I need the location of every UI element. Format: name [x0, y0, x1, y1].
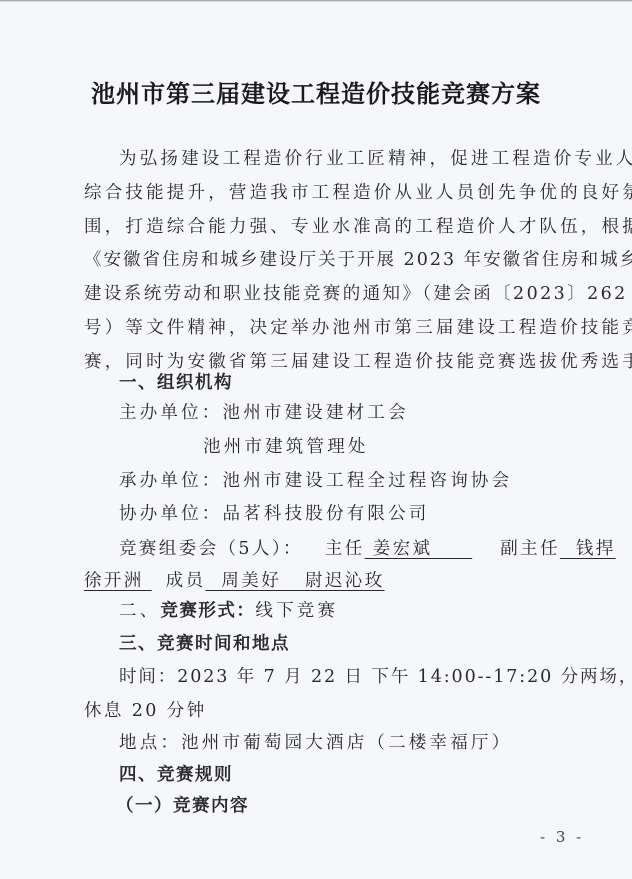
director-label: 主任 [325, 539, 365, 559]
intro-line: 围，打造综合能力强、专业水准高的工程造价人才队伍，根据 [84, 215, 632, 239]
intro-line: 《安徽省住房和城乡建设厅关于开展 2023 年安徽省住房和城乡 [84, 248, 632, 272]
members-row: 徐开洲 成员 周美好 尉迟沁玫 [84, 569, 385, 593]
host-1: 池州市建设建材工会 [223, 403, 409, 423]
co-organizer-value: 品茗科技股份有限公司 [223, 504, 430, 524]
host-2: 池州市建筑管理处 [203, 435, 369, 459]
committee-row: 竞赛组委会（5人）：主任 姜宏斌 副主任 钱捍 [119, 537, 616, 561]
page-edge [0, 0, 632, 2]
section-heading-format: 竞赛形式： [160, 601, 255, 621]
time-line: 时间：2023 年 7 月 22 日 下午 14:00--17:20 分两场，中… [119, 665, 632, 689]
co-organizer-row: 协办单位：品茗科技股份有限公司 [119, 502, 430, 526]
location-line: 地点：池州市葡萄园大酒店（二楼幸福厅） [119, 731, 512, 755]
organizer-value: 池州市建设工程全过程咨询协会 [223, 471, 513, 491]
section-heading-rules: 四、竞赛规则 [119, 763, 233, 787]
document-title: 池州市第三届建设工程造价技能竞赛方案 [0, 74, 632, 109]
intro-line: 综合技能提升，营造我市工程造价从业人员创先争优的良好氛 [84, 181, 632, 205]
host-label: 主办单位： [119, 403, 223, 423]
subsection-heading-content: （一）竞赛内容 [116, 794, 249, 818]
intro-line: 建设系统劳动和职业技能竞赛的通知》（建会函〔2023〕262 [84, 282, 628, 306]
time-line-cont: 休息 20 分钟 [84, 699, 207, 723]
host-row: 主办单位：池州市建设建材工会 [119, 401, 409, 425]
members-label: 成员 [166, 571, 206, 591]
intro-line: 为弘扬建设工程造价行业工匠精神，促进工程造价专业人员 [119, 147, 632, 171]
vice-director-name: 钱捍 [560, 539, 616, 559]
co-organizer-label: 协办单位： [119, 504, 223, 524]
vice-director-name-cont: 徐开洲 [84, 571, 152, 591]
director-name: 姜宏斌 [365, 539, 472, 559]
format-value: 线下竞赛 [255, 601, 338, 621]
page-number: - 3 - [540, 828, 584, 846]
section-heading-time-location: 三、竞赛时间和地点 [119, 632, 290, 656]
vice-director-label: 副主任 [500, 539, 560, 559]
organizer-label: 承办单位： [119, 471, 223, 491]
intro-line: 号）等文件精神，决定举办池州市第三届建设工程造价技能竞 [84, 316, 632, 340]
section-prefix: 二、 [119, 601, 160, 621]
members-names: 周美好 尉迟沁玫 [205, 571, 384, 591]
section-competition-format: 二、竞赛形式：线下竞赛 [119, 599, 338, 623]
section-heading-organization: 一、组织机构 [119, 371, 233, 395]
committee-label: 竞赛组委会（5人）： [119, 539, 303, 559]
organizer-row: 承办单位：池州市建设工程全过程咨询协会 [119, 469, 512, 493]
